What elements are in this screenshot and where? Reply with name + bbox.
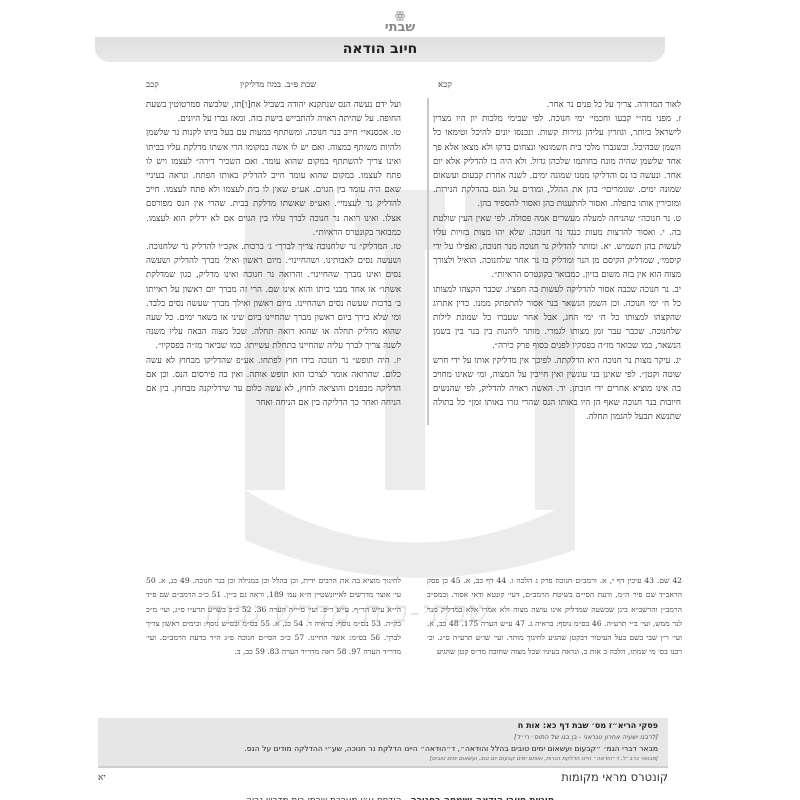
sources-box: פסקי הריא״ז מס׳ שבת דף כא: אות ח [לרבנו … bbox=[98, 718, 668, 768]
sources-note: [מבואר כרב״ל, ד״הודאה״ היינו הדלקת הנרות… bbox=[430, 756, 658, 762]
paragraph: ועל ידם נעשה הנס שנתקנא יהודה בשביל אח[ו… bbox=[146, 98, 401, 126]
publisher-logo: ꙮ שבתי bbox=[376, 10, 424, 34]
paragraph: טז. המדליק״ נר שלחנוכה צריך לברך״ ג׳ ברכ… bbox=[146, 240, 401, 354]
footnotes-right: 42 שם. 43 עיכין דף י, א. ורמב״ם חנוכה פר… bbox=[427, 574, 682, 660]
series-title: קונטרס מראי מקומות bbox=[561, 770, 668, 784]
sources-main-text: מבאר דברי הגמ׳ ״קבעום ועשאום ימים טובים … bbox=[244, 744, 658, 753]
sources-subtitle: [לרבנו ישעיה אחרון טנראני - בן בנו של הת… bbox=[514, 733, 658, 741]
left-source-ref: שבת פ״ב. במה מדליקין bbox=[240, 79, 316, 90]
footer-row: קונטרס מראי מקומות יא bbox=[98, 770, 668, 786]
right-folio: קכא bbox=[438, 79, 452, 90]
text-column-left: ועל ידם נעשה הנס שנתקנא יהודה בשביל אח[ו… bbox=[146, 98, 401, 410]
publisher-line: סוגיית חיובי הודאה ושמחה בחנוכה - הודפס … bbox=[0, 796, 800, 800]
paragraph: ז. מפני מה״י קבעו וחכמי׳ ימי חנוכה. לפי … bbox=[433, 112, 681, 211]
publisher-credit: - הודפס ע״י מערכת שבתי-בית מדרש גבוה bbox=[246, 796, 408, 800]
sources-title: פסקי הריא״ז מס׳ שבת דף כא: אות ח bbox=[518, 721, 658, 730]
paragraph: יג. עיקר מצות נר חנוכה היא הדלקתה. לפיכך… bbox=[433, 354, 681, 425]
page-title: חיוב הודאה bbox=[343, 41, 417, 57]
page-number: יא bbox=[98, 772, 106, 783]
paragraph: יב. נר חנוכה שכבה אסור להדליקה לעשות בה … bbox=[433, 283, 681, 354]
paragraph: לאור המדורה. צריך על כל פנים נר אחר. bbox=[433, 98, 681, 112]
footnotes-left: לחינוך מוציא בה את הרבים ידית, וכן בהלל … bbox=[146, 574, 401, 660]
page-title-band: חיוב הודאה bbox=[95, 37, 665, 62]
logo-name: שבתי bbox=[385, 20, 416, 35]
paragraph: ט. נר חנוכה״ שהניחה למעלה מעשרים אמה פסו… bbox=[433, 212, 681, 283]
topic-title: סוגיית חיובי הודאה ושמחה בחנוכה bbox=[411, 796, 554, 800]
left-folio: קכב bbox=[146, 79, 159, 90]
paragraph: יז. היה תופש״ נר חנוכה בידו חוץ לפתחו. א… bbox=[146, 354, 401, 411]
paragraph: טו. אכסנאי״ חייב בנר חנוכה. ומשתתף במעות… bbox=[146, 126, 401, 240]
text-column-right: לאור המדורה. צריך על כל פנים נר אחר. ז. … bbox=[427, 98, 681, 425]
